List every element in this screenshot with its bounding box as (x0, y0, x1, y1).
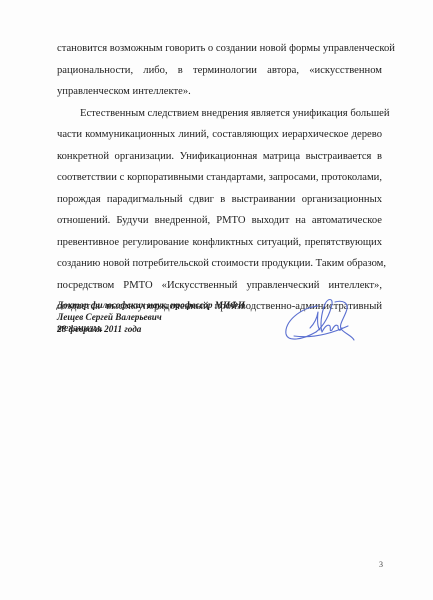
text-line: становится возможным говорить о создании… (57, 38, 382, 60)
text-line: отношений. Будучи внедренной, РМТО выход… (57, 210, 382, 232)
paragraph-1: становится возможным говорить о создании… (57, 38, 382, 103)
text-line: созданию новой потребительской стоимости… (57, 253, 382, 275)
text-line: части коммуникационных линий, составляющ… (57, 124, 382, 146)
text-line: управленческом интеллекте». (57, 81, 382, 103)
text-line: порождая парадигмальный сдвиг в выстраив… (57, 189, 382, 211)
text-line: рациональности, либо, в терминологии авт… (57, 60, 382, 82)
page-number: 3 (379, 560, 383, 569)
text-line: конкретной организации. Унификационная м… (57, 146, 382, 168)
signature-block: Доктор философских наук, профессор МИФИ … (57, 299, 245, 335)
document-page: становится возможным говорить о создании… (0, 0, 433, 600)
author-name: Лещев Сергей Валерьевич (57, 311, 245, 323)
handwritten-signature-icon (280, 292, 360, 347)
author-title: Доктор философских наук, профессор МИФИ (57, 299, 245, 311)
text-line: превентивное регулирование конфликтных с… (57, 232, 382, 254)
text-line: соответствии с корпоративными стандартам… (57, 167, 382, 189)
signature-date: 28 февраля 2011 года (57, 323, 245, 335)
text-line: Естественным следствием внедрения являет… (57, 103, 382, 125)
